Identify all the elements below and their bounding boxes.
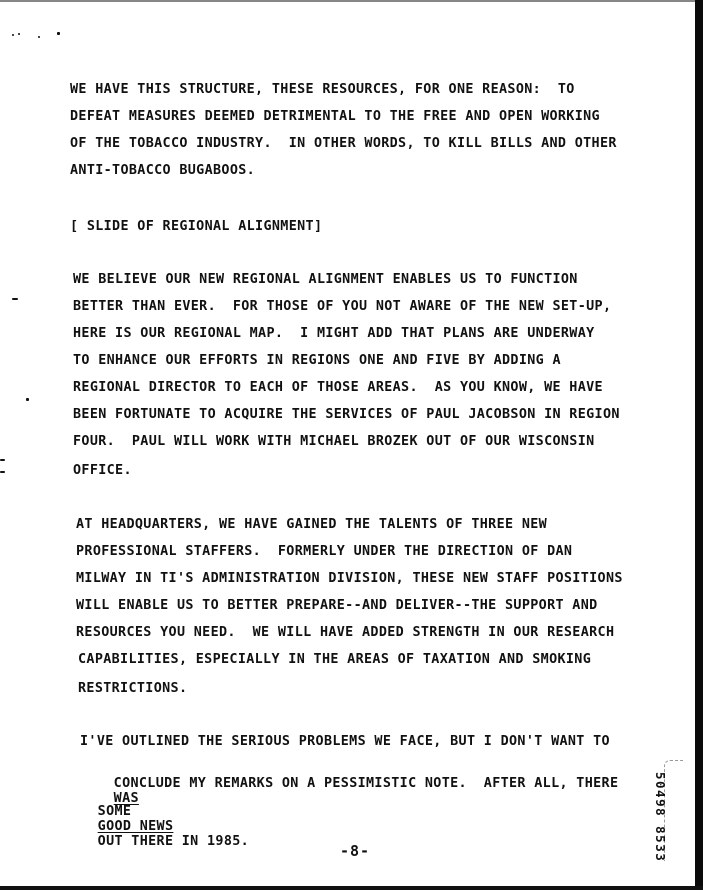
text-line: regional director to each of those areas… [73, 380, 603, 395]
text-line: here is our regional map. I might add th… [73, 326, 595, 341]
text-segment: out there in 1985. [98, 834, 249, 849]
text-line: We have this structure, these resources,… [70, 82, 575, 97]
scan-right-edge [695, 0, 703, 890]
scan-speck [18, 33, 20, 35]
scan-speck [57, 32, 60, 35]
scan-speck [12, 298, 18, 300]
text-line: office. [73, 463, 132, 478]
text-line: been fortunate to acquire the services o… [73, 407, 620, 422]
text-line: resources you need. We will have added s… [76, 625, 614, 640]
scan-speck [12, 34, 14, 36]
underlined-phrase: good news [98, 819, 174, 834]
text-line: better than ever. For those of you not a… [73, 299, 611, 314]
text-line: professional staffers. Formerly under th… [76, 544, 572, 559]
text-line: Milway in TI's Administration division, … [76, 571, 623, 586]
scan-speck [0, 459, 5, 461]
text-line: capabilities, especially in the areas of… [78, 652, 591, 667]
scan-speck [0, 471, 5, 473]
text-line: anti-tobacco bugaboos. [70, 163, 255, 178]
page-number: -8- [340, 842, 370, 860]
text-line: will enable us to better prepare--and de… [76, 598, 598, 613]
scan-bottom-edge [0, 886, 703, 890]
text-line: Four. Paul will work with Michael Brozek… [73, 434, 595, 449]
text-line: defeat measures deemed detrimental to th… [70, 109, 600, 124]
text-line: of the tobacco industry. In other words,… [70, 136, 617, 151]
slide-note: [ SLIDE of regional alignment] [70, 219, 322, 234]
bates-number: 50498 8533 [653, 772, 668, 862]
text-line: At headquarters, we have gained the tale… [76, 517, 547, 532]
text-segment: some [98, 804, 132, 819]
text-line: some good news out there in 1985. [64, 789, 249, 864]
scan-top-edge [0, 0, 703, 2]
text-line: to enhance our efforts in Regions One an… [73, 353, 561, 368]
text-line: We believe our new regional alignment en… [73, 272, 578, 287]
scan-speck [38, 36, 40, 38]
text-line: I've outlined the serious problems we fa… [80, 734, 610, 749]
scan-speck [26, 398, 29, 401]
text-line: restrictions. [78, 681, 187, 696]
